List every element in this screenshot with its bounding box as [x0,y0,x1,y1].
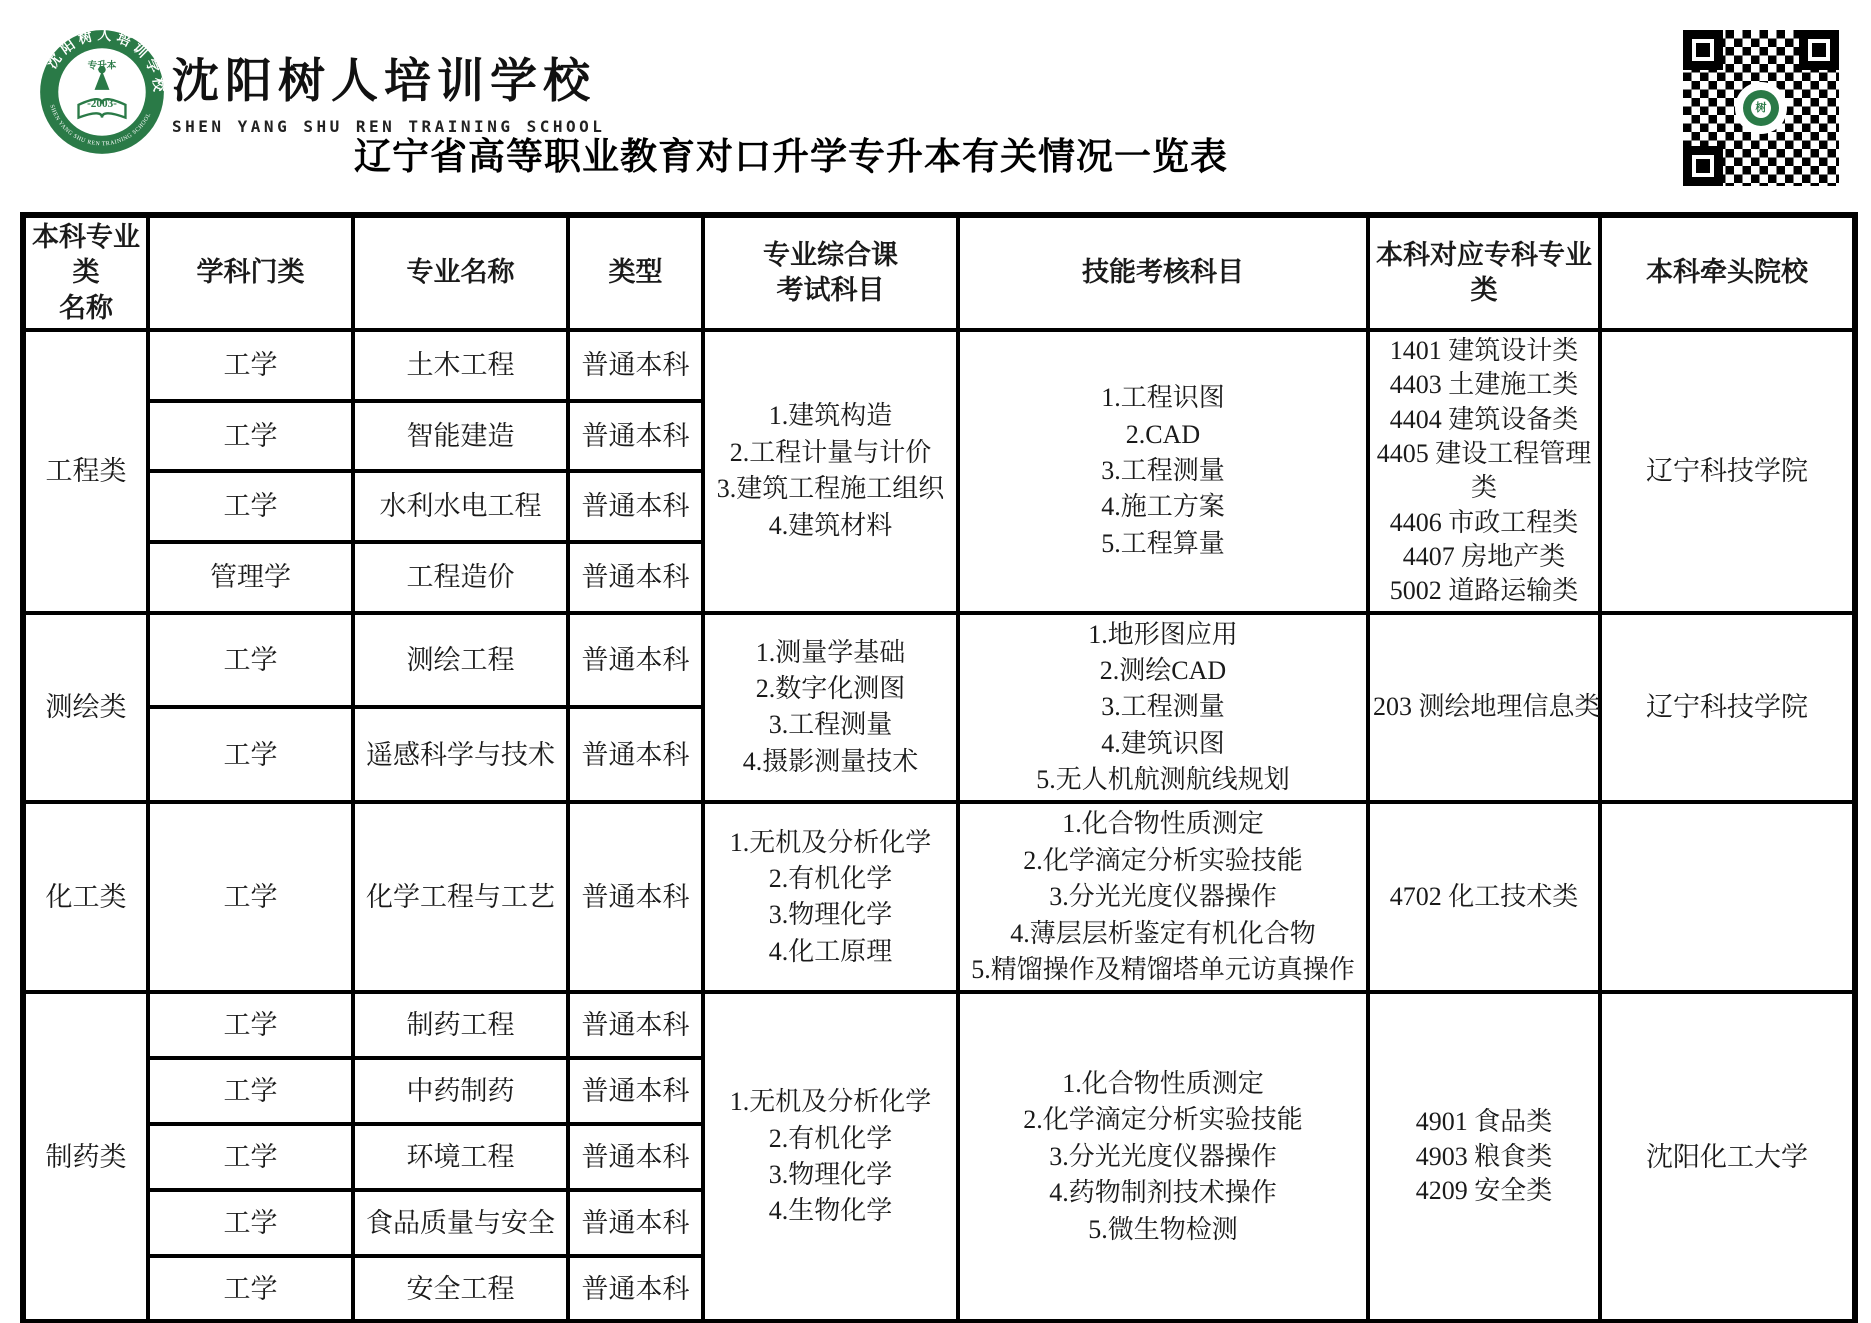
skill-subjects-cell: 1.化合物性质测定 2.化学滴定分析实验技能 3.分光光度仪器操作 4.药物制剂… [958,992,1368,1322]
discipline-cell: 工学 [148,707,353,802]
major-cell: 制药工程 [353,992,568,1058]
col-header-zhuanke: 本科对应专科专业类 [1368,215,1600,330]
discipline-cell: 工学 [148,1058,353,1124]
discipline-cell: 工学 [148,1124,353,1190]
major-cell: 智能建造 [353,401,568,472]
skill-subjects-cell: 1.化合物性质测定 2.化学滴定分析实验技能 3.分光光度仪器操作 4.薄层层析… [958,802,1368,992]
major-cell: 测绘工程 [353,613,568,708]
discipline-cell: 工学 [148,802,353,992]
logo-year: -2003- [87,98,117,110]
university-cell [1600,802,1855,992]
major-cell: 安全工程 [353,1256,568,1322]
type-cell: 普通本科 [568,707,703,802]
category-cell: 制药类 [23,992,148,1322]
discipline-cell: 管理学 [148,542,353,613]
major-cell: 食品质量与安全 [353,1190,568,1256]
exam-subjects-cell: 1.无机及分析化学 2.有机化学 3.物理化学 4.化工原理 [703,802,958,992]
discipline-cell: 工学 [148,1256,353,1322]
col-header-type: 类型 [568,215,703,330]
university-cell: 沈阳化工大学 [1600,992,1855,1322]
discipline-cell: 工学 [148,992,353,1058]
skill-subjects-cell: 1.工程识图 2.CAD 3.工程测量 4.施工方案 5.工程算量 [958,330,1368,613]
col-header-exam-subjects: 专业综合课 考试科目 [703,215,958,330]
major-cell: 中药制药 [353,1058,568,1124]
type-cell: 普通本科 [568,992,703,1058]
major-cell: 土木工程 [353,330,568,401]
zhuanke-majors-cell: 203 测绘地理信息类 [1368,613,1600,803]
page-title: 辽宁省高等职业教育对口升学专升本有关情况一览表 [0,126,1582,180]
table-row: 化工类 工学 化学工程与工艺 普通本科 1.无机及分析化学 2.有机化学 3.物… [23,802,1855,992]
zhuanke-majors-cell: 1401 建筑设计类 4403 土建施工类 4404 建筑设备类 4405 建设… [1368,330,1600,613]
table-row: 制药类 工学 制药工程 普通本科 1.无机及分析化学 2.有机化学 3.物理化学… [23,992,1855,1058]
table-row: 工程类 工学 土木工程 普通本科 1.建筑构造 2.工程计量与计价 3.建筑工程… [23,330,1855,401]
type-cell: 普通本科 [568,471,703,542]
type-cell: 普通本科 [568,542,703,613]
col-header-university: 本科牵头院校 [1600,215,1855,330]
major-cell: 水利水电工程 [353,471,568,542]
category-cell: 工程类 [23,330,148,613]
university-cell: 辽宁科技学院 [1600,330,1855,613]
type-cell: 普通本科 [568,1256,703,1322]
type-cell: 普通本科 [568,1124,703,1190]
school-name-block: 沈阳树人培训学校 SHEN YANG SHU REN TRAINING SCHO… [172,44,605,136]
col-header-discipline: 学科门类 [148,215,353,330]
discipline-cell: 工学 [148,401,353,472]
col-header-category: 本科专业类 名称 [23,215,148,330]
category-cell: 测绘类 [23,613,148,803]
type-cell: 普通本科 [568,613,703,708]
category-cell: 化工类 [23,802,148,992]
qr-center-logo-icon: 树 [1735,82,1787,134]
major-cell: 遥感科学与技术 [353,707,568,802]
info-table: 本科专业类 名称 学科门类 专业名称 类型 专业综合课 考试科目 技能考核科目 … [20,212,1858,1323]
discipline-cell: 工学 [148,471,353,542]
qr-finder-icon [1799,30,1839,70]
skill-subjects-cell: 1.地形图应用 2.测绘CAD 3.工程测量 4.建筑识图 5.无人机航测航线规… [958,613,1368,803]
page: 沈阳树人培训学校 SHEN YANG SHU REN TRAINING SCHO… [0,0,1871,1323]
exam-subjects-cell: 1.无机及分析化学 2.有机化学 3.物理化学 4.生物化学 [703,992,958,1322]
major-cell: 环境工程 [353,1124,568,1190]
zhuanke-majors-cell: 4901 食品类 4903 粮食类 4209 安全类 [1368,992,1600,1322]
type-cell: 普通本科 [568,330,703,401]
type-cell: 普通本科 [568,401,703,472]
discipline-cell: 工学 [148,330,353,401]
school-name-cn: 沈阳树人培训学校 [172,44,605,111]
major-cell: 化学工程与工艺 [353,802,568,992]
exam-subjects-cell: 1.建筑构造 2.工程计量与计价 3.建筑工程施工组织 4.建筑材料 [703,330,958,613]
table-row: 测绘类 工学 测绘工程 普通本科 1.测量学基础 2.数字化测图 3.工程测量 … [23,613,1855,708]
qr-code: 树 [1683,30,1839,186]
major-cell: 工程造价 [353,542,568,613]
qr-finder-icon [1683,30,1723,70]
type-cell: 普通本科 [568,802,703,992]
header-row: 本科专业类 名称 学科门类 专业名称 类型 专业综合课 考试科目 技能考核科目 … [23,215,1855,330]
exam-subjects-cell: 1.测量学基础 2.数字化测图 3.工程测量 4.摄影测量技术 [703,613,958,803]
type-cell: 普通本科 [568,1058,703,1124]
col-header-major: 专业名称 [353,215,568,330]
discipline-cell: 工学 [148,613,353,708]
qr-finder-icon [1683,146,1723,186]
university-cell: 辽宁科技学院 [1600,613,1855,803]
discipline-cell: 工学 [148,1190,353,1256]
type-cell: 普通本科 [568,1190,703,1256]
zhuanke-majors-cell: 4702 化工技术类 [1368,802,1600,992]
col-header-skill-subjects: 技能考核科目 [958,215,1368,330]
